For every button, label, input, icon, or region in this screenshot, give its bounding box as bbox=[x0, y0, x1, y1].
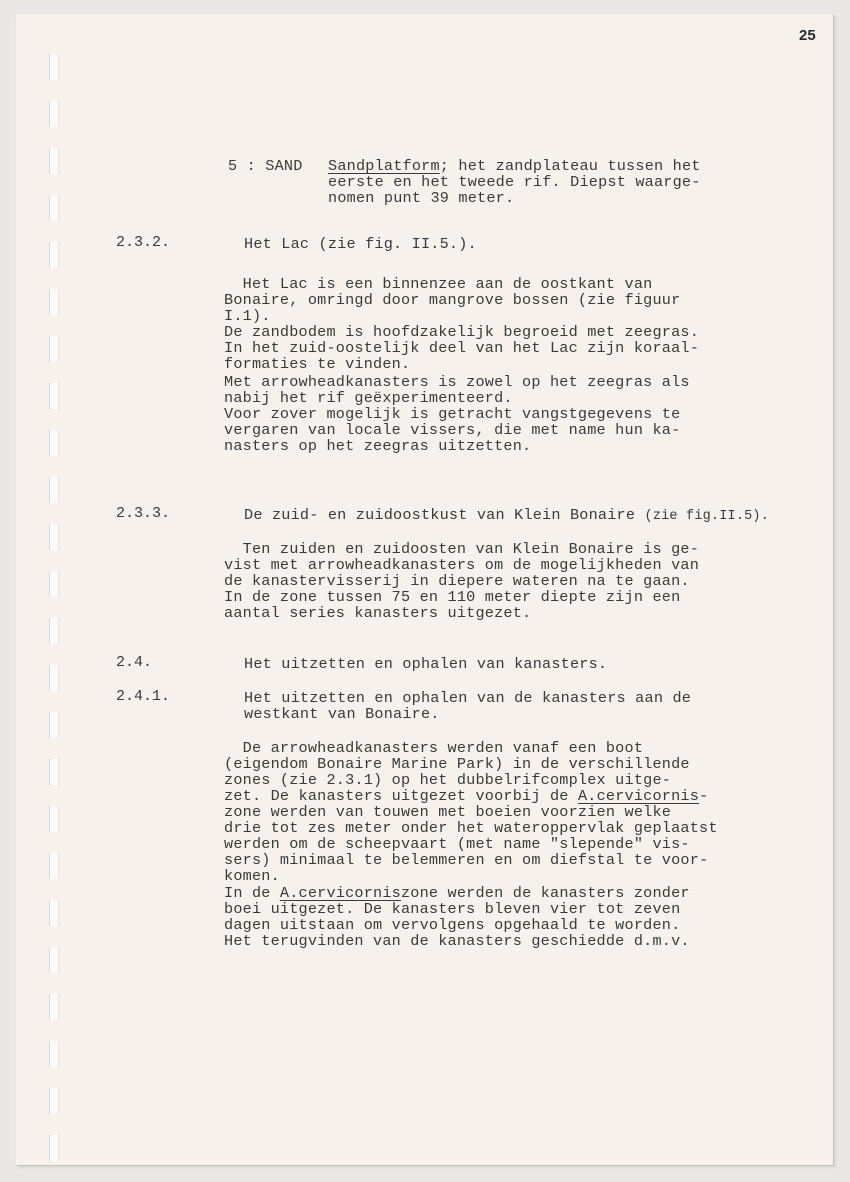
binder-hole bbox=[49, 900, 59, 926]
sand-label: 5 : SAND bbox=[228, 158, 303, 174]
section-heading: De zuid- en zuidoostkust van Klein Bonai… bbox=[244, 507, 769, 525]
binder-hole bbox=[49, 571, 59, 597]
binder-hole bbox=[49, 947, 59, 973]
body-line: boei uitgezet. De kanasters bleven vier … bbox=[224, 901, 680, 917]
body-line: dagen uitstaan om vervolgens opgehaald t… bbox=[224, 917, 680, 933]
body-line: de kanastervisserij in diepere wateren n… bbox=[224, 573, 690, 589]
binder-hole bbox=[49, 336, 59, 362]
binder-hole bbox=[49, 1135, 59, 1161]
section-number: 2.4.1. bbox=[116, 689, 170, 705]
section-heading: Het Lac (zie fig. II.5.). bbox=[244, 236, 477, 252]
binder-hole bbox=[49, 524, 59, 550]
binder-hole bbox=[49, 54, 59, 80]
document-page: 25 5 : SAND Sandplatform; het zandplatea… bbox=[16, 14, 833, 1165]
body-line: formaties te vinden. bbox=[224, 356, 410, 372]
body-line: zone werden van touwen met boeien voorzi… bbox=[224, 804, 671, 820]
binder-hole bbox=[49, 101, 59, 127]
binder-hole bbox=[49, 477, 59, 503]
binder-hole bbox=[49, 759, 59, 785]
binder-hole bbox=[49, 383, 59, 409]
binder-hole bbox=[49, 148, 59, 174]
body-line: zones (zie 2.3.1) op het dubbelrifcomple… bbox=[224, 772, 671, 788]
body-line: Met arrowheadkanasters is zowel op het z… bbox=[224, 374, 690, 390]
section-heading: Het uitzetten en ophalen van de kanaster… bbox=[244, 690, 691, 706]
binder-hole bbox=[49, 665, 59, 691]
binder-hole bbox=[49, 195, 59, 221]
binder-hole bbox=[49, 289, 59, 315]
binder-hole bbox=[49, 618, 59, 644]
binder-hole bbox=[49, 994, 59, 1020]
binder-hole bbox=[49, 430, 59, 456]
section-number: 2.4. bbox=[116, 655, 152, 671]
body-line: nabij het rif geëxperimenteerd. bbox=[224, 390, 513, 406]
body-line: komen. bbox=[224, 868, 280, 884]
body-line: zet. De kanasters uitgezet voorbij de A.… bbox=[224, 788, 708, 804]
section-heading: Het uitzetten en ophalen van kanasters. bbox=[244, 656, 607, 672]
binder-hole bbox=[49, 712, 59, 738]
body-line: nasters op het zeegras uitzetten. bbox=[224, 438, 531, 454]
body-line: Het Lac is een binnenzee aan de oostkant… bbox=[224, 276, 652, 292]
body-line: vist met arrowheadkanasters om de mogeli… bbox=[224, 557, 699, 573]
body-line: In de A.cervicorniszone werden de kanast… bbox=[224, 885, 690, 901]
body-line: I.1). bbox=[224, 308, 271, 324]
section-number: 2.3.3. bbox=[116, 506, 170, 522]
page-number: 25 bbox=[799, 27, 816, 44]
body-line: Het terugvinden van de kanasters geschie… bbox=[224, 933, 690, 949]
binder-hole bbox=[49, 1041, 59, 1067]
binder-hole bbox=[49, 853, 59, 879]
section-heading: westkant van Bonaire. bbox=[244, 706, 440, 722]
body-line: Bonaire, omringd door mangrove bossen (z… bbox=[224, 292, 680, 308]
body-line: De arrowheadkanasters werden vanaf een b… bbox=[224, 740, 643, 756]
body-line: werden om de scheepvaart (met name "slep… bbox=[224, 836, 690, 852]
body-line: aantal series kanasters uitgezet. bbox=[224, 605, 531, 621]
binder-hole bbox=[49, 242, 59, 268]
binder-hole bbox=[49, 1088, 59, 1114]
body-line: Voor zover mogelijk is getracht vangstge… bbox=[224, 406, 680, 422]
body-line: De zandbodem is hoofdzakelijk begroeid m… bbox=[224, 324, 699, 340]
binder-hole bbox=[49, 806, 59, 832]
body-line: Ten zuiden en zuidoosten van Klein Bonai… bbox=[224, 541, 699, 557]
sand-definition-line: nomen punt 39 meter. bbox=[328, 190, 514, 206]
sand-definition-line: eerste en het tweede rif. Diepst waarge- bbox=[328, 174, 701, 190]
sand-definition-line: Sandplatform; het zandplateau tussen het bbox=[328, 158, 701, 174]
body-line: In de zone tussen 75 en 110 meter diepte… bbox=[224, 589, 680, 605]
body-line: drie tot zes meter onder het wateropperv… bbox=[224, 820, 718, 836]
section-number: 2.3.2. bbox=[116, 235, 170, 251]
body-line: sers) minimaal te belemmeren en om diefs… bbox=[224, 852, 708, 868]
body-line: vergaren van locale vissers, die met nam… bbox=[224, 422, 680, 438]
body-line: In het zuid-oostelijk deel van het Lac z… bbox=[224, 340, 699, 356]
figure-reference: (zie fig.II.5). bbox=[645, 509, 770, 524]
body-line: (eigendom Bonaire Marine Park) in de ver… bbox=[224, 756, 690, 772]
